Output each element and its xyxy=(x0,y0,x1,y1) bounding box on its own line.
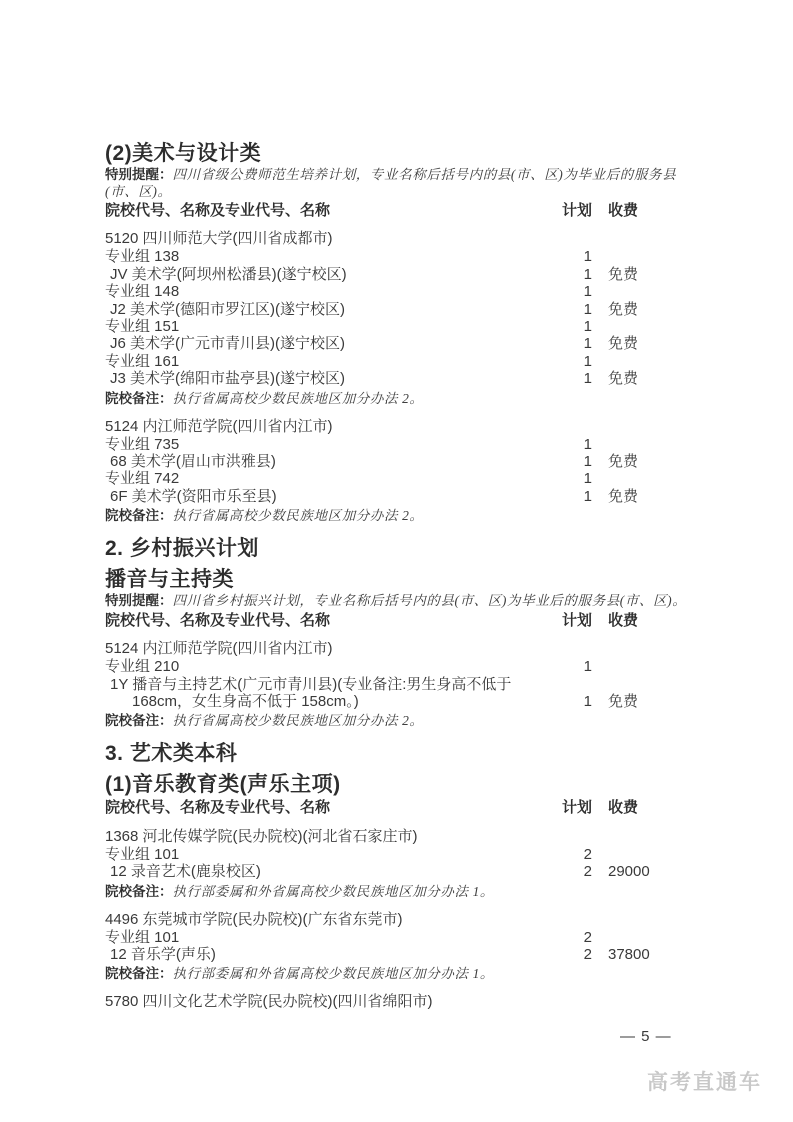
row-fee: 免费 xyxy=(608,335,691,352)
row-name: 专业组 148 xyxy=(105,283,560,300)
row-plan: 2 xyxy=(560,929,592,946)
row-name: 68 美术学(眉山市洪雅县) xyxy=(105,453,560,470)
remark-label: 院校备注： xyxy=(105,966,173,981)
row-fee: 免费 xyxy=(608,301,691,318)
document-content: (2)美术与设计类特别提醒：四川省级公费师范生培养计划，专业名称后括号内的县(市… xyxy=(105,140,691,1011)
row-plan: 1 xyxy=(560,658,592,675)
row-fee: 免费 xyxy=(608,453,691,470)
section-heading: 2. 乡村振兴计划 xyxy=(105,536,691,561)
row-plan: 1 xyxy=(560,353,592,370)
row-fee: 免费 xyxy=(608,266,691,283)
remark-text: 执行省属高校少数民族地区加分办法 2。 xyxy=(173,713,424,728)
major-row: 68 美术学(眉山市洪雅县)1免费 xyxy=(105,453,691,470)
group-row: 专业组 1381 xyxy=(105,248,691,265)
section-heading: (1)音乐教育类(声乐主项) xyxy=(105,772,691,797)
row-plan: 1 xyxy=(560,335,592,352)
special-note: 特别提醒：四川省乡村振兴计划，专业名称后括号内的县(市、区)为毕业后的服务县(市… xyxy=(105,593,691,610)
column-header-fee: 收费 xyxy=(608,799,691,816)
column-header-plan: 计划 xyxy=(560,202,592,219)
remark-label: 院校备注： xyxy=(105,391,173,406)
major-row: 6F 美术学(资阳市乐至县)1免费 xyxy=(105,488,691,505)
remark-label: 院校备注： xyxy=(105,508,173,523)
row-plan: 1 xyxy=(560,301,592,318)
school-row: 1368 河北传媒学院(民办院校)(河北省石家庄市) xyxy=(105,828,691,846)
group-row: 专业组 1511 xyxy=(105,318,691,335)
page-number: — 5 — xyxy=(620,1028,672,1045)
row-plan: 2 xyxy=(560,863,592,880)
row-name: 专业组 210 xyxy=(105,658,560,675)
school-row: 5120 四川师范大学(四川省成都市) xyxy=(105,230,691,248)
school-remark: 院校备注：执行部委属和外省属高校少数民族地区加分办法 1。 xyxy=(105,966,691,982)
group-row: 专业组 1012 xyxy=(105,929,691,946)
group-row: 专业组 1481 xyxy=(105,283,691,300)
column-header-name: 院校代号、名称及专业代号、名称 xyxy=(105,202,560,219)
remark-text: 执行部委属和外省属高校少数民族地区加分办法 1。 xyxy=(173,966,495,981)
row-plan: 1 xyxy=(560,470,592,487)
row-name: 专业组 742 xyxy=(105,470,560,487)
major-row: 12 录音艺术(鹿泉校区)229000 xyxy=(105,863,691,880)
row-fee: 免费 xyxy=(608,370,691,387)
row-plan: 1 xyxy=(560,693,592,710)
watermark-logo: 高考直通车 xyxy=(647,1066,762,1096)
row-plan: 2 xyxy=(560,846,592,863)
row-plan: 1 xyxy=(560,318,592,335)
remark-label: 院校备注： xyxy=(105,713,173,728)
row-plan: 1 xyxy=(560,248,592,265)
school-row: 5124 内江师范学院(四川省内江市) xyxy=(105,418,691,436)
row-fee: 29000 xyxy=(608,863,691,880)
remark-text: 执行省属高校少数民族地区加分办法 2。 xyxy=(173,391,424,406)
school-remark: 院校备注：执行省属高校少数民族地区加分办法 2。 xyxy=(105,713,691,729)
major-row: 1Y 播音与主持艺术(广元市青川县)(专业备注:男生身高不低于 168cm，女生… xyxy=(105,676,691,711)
school-row: 5124 内江师范学院(四川省内江市) xyxy=(105,640,691,658)
column-header-fee: 收费 xyxy=(608,202,691,219)
row-plan: 1 xyxy=(560,453,592,470)
row-name: 专业组 101 xyxy=(105,846,560,863)
row-plan: 2 xyxy=(560,946,592,963)
group-row: 专业组 7421 xyxy=(105,470,691,487)
row-name: 6F 美术学(资阳市乐至县) xyxy=(105,488,560,505)
group-row: 专业组 7351 xyxy=(105,436,691,453)
row-name: J6 美术学(广元市青川县)(遂宁校区) xyxy=(105,335,560,352)
section-heading: 3. 艺术类本科 xyxy=(105,741,691,766)
row-plan: 1 xyxy=(560,436,592,453)
row-name: J2 美术学(德阳市罗江区)(遂宁校区) xyxy=(105,301,560,318)
row-name: 专业组 151 xyxy=(105,318,560,335)
row-fee: 免费 xyxy=(608,488,691,505)
row-fee: 37800 xyxy=(608,946,691,963)
major-row: J6 美术学(广元市青川县)(遂宁校区)1免费 xyxy=(105,335,691,352)
group-row: 专业组 1611 xyxy=(105,353,691,370)
table-header: 院校代号、名称及专业代号、名称计划收费 xyxy=(105,202,691,219)
group-row: 专业组 2101 xyxy=(105,658,691,675)
column-header-fee: 收费 xyxy=(608,612,691,629)
row-fee: 免费 xyxy=(608,693,691,710)
major-row: JV 美术学(阿坝州松潘县)(遂宁校区)1免费 xyxy=(105,266,691,283)
row-name: 专业组 138 xyxy=(105,248,560,265)
note-text: 四川省乡村振兴计划，专业名称后括号内的县(市、区)为毕业后的服务县(市、区)。 xyxy=(173,593,687,608)
major-row: J3 美术学(绵阳市盐亭县)(遂宁校区)1免费 xyxy=(105,370,691,387)
table-header: 院校代号、名称及专业代号、名称计划收费 xyxy=(105,799,691,816)
major-row: J2 美术学(德阳市罗江区)(遂宁校区)1免费 xyxy=(105,301,691,318)
section-heading: 播音与主持类 xyxy=(105,567,691,592)
row-plan: 1 xyxy=(560,370,592,387)
row-plan: 1 xyxy=(560,266,592,283)
column-header-name: 院校代号、名称及专业代号、名称 xyxy=(105,799,560,816)
remark-text: 执行省属高校少数民族地区加分办法 2。 xyxy=(173,508,424,523)
column-header-name: 院校代号、名称及专业代号、名称 xyxy=(105,612,560,629)
row-name: JV 美术学(阿坝州松潘县)(遂宁校区) xyxy=(105,266,560,283)
school-row: 5780 四川文化艺术学院(民办院校)(四川省绵阳市) xyxy=(105,993,691,1011)
section-heading: (2)美术与设计类 xyxy=(105,141,691,166)
row-name: 1Y 播音与主持艺术(广元市青川县)(专业备注:男生身高不低于 168cm，女生… xyxy=(105,676,560,711)
document-page: (2)美术与设计类特别提醒：四川省级公费师范生培养计划，专业名称后括号内的县(市… xyxy=(0,0,793,1122)
row-name: 专业组 101 xyxy=(105,929,560,946)
group-row: 专业组 1012 xyxy=(105,846,691,863)
school-row: 4496 东莞城市学院(民办院校)(广东省东莞市) xyxy=(105,911,691,929)
remark-label: 院校备注： xyxy=(105,884,173,899)
special-note: 特别提醒：四川省级公费师范生培养计划，专业名称后括号内的县(市、区)为毕业后的服… xyxy=(105,167,691,200)
row-name: J3 美术学(绵阳市盐亭县)(遂宁校区) xyxy=(105,370,560,387)
school-remark: 院校备注：执行省属高校少数民族地区加分办法 2。 xyxy=(105,508,691,524)
school-remark: 院校备注：执行部委属和外省属高校少数民族地区加分办法 1。 xyxy=(105,884,691,900)
major-row: 12 音乐学(声乐)237800 xyxy=(105,946,691,963)
note-text: 四川省级公费师范生培养计划，专业名称后括号内的县(市、区)为毕业后的服务县(市、… xyxy=(105,167,676,199)
table-header: 院校代号、名称及专业代号、名称计划收费 xyxy=(105,612,691,629)
note-label: 特别提醒： xyxy=(105,593,173,608)
school-remark: 院校备注：执行省属高校少数民族地区加分办法 2。 xyxy=(105,391,691,407)
row-name: 12 录音艺术(鹿泉校区) xyxy=(105,863,560,880)
column-header-plan: 计划 xyxy=(560,799,592,816)
note-label: 特别提醒： xyxy=(105,167,173,182)
row-plan: 1 xyxy=(560,283,592,300)
row-name: 12 音乐学(声乐) xyxy=(105,946,560,963)
row-name: 专业组 735 xyxy=(105,436,560,453)
column-header-plan: 计划 xyxy=(560,612,592,629)
remark-text: 执行部委属和外省属高校少数民族地区加分办法 1。 xyxy=(173,884,495,899)
row-plan: 1 xyxy=(560,488,592,505)
row-name: 专业组 161 xyxy=(105,353,560,370)
